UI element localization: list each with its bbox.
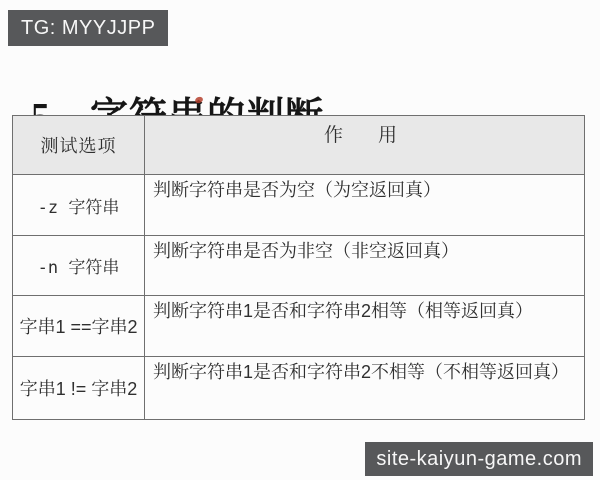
option-cell: 字串1 ==字串2 — [13, 296, 145, 357]
option-cell: -z 字符串 — [13, 175, 145, 236]
effect-cell: 判断字符串1是否和字符串2相等（相等返回真） — [145, 296, 585, 357]
telegram-watermark-badge: TG: MYYJJPP — [8, 10, 168, 46]
slide-canvas: TG: MYYJJPP 5、字符串的判断 测试选项 作 用 -z 字符串 判断字… — [0, 0, 600, 480]
table-row: 字串1 ==字串2 判断字符串1是否和字符串2相等（相等返回真） — [13, 296, 585, 357]
option-cell: -n 字符串 — [13, 236, 145, 296]
table-row: -z 字符串 判断字符串是否为空（为空返回真） — [13, 175, 585, 236]
column-header-option: 测试选项 — [13, 116, 145, 175]
effect-cell: 判断字符串是否为非空（非空返回真） — [145, 236, 585, 296]
column-header-effect: 作 用 — [145, 116, 585, 175]
table-header-row: 测试选项 作 用 — [13, 116, 585, 175]
effect-cell: 判断字符串是否为空（为空返回真） — [145, 175, 585, 236]
option-cell: 字串1 != 字串2 — [13, 357, 145, 420]
effect-cell: 判断字符串1是否和字符串2不相等（不相等返回真） — [145, 357, 585, 420]
site-watermark-badge: site-kaiyun-game.com — [365, 442, 593, 476]
string-test-table: 测试选项 作 用 -z 字符串 判断字符串是否为空（为空返回真） -n 字符串 … — [12, 115, 585, 420]
table-row: -n 字符串 判断字符串是否为非空（非空返回真） — [13, 236, 585, 296]
table-row: 字串1 != 字串2 判断字符串1是否和字符串2不相等（不相等返回真） — [13, 357, 585, 420]
